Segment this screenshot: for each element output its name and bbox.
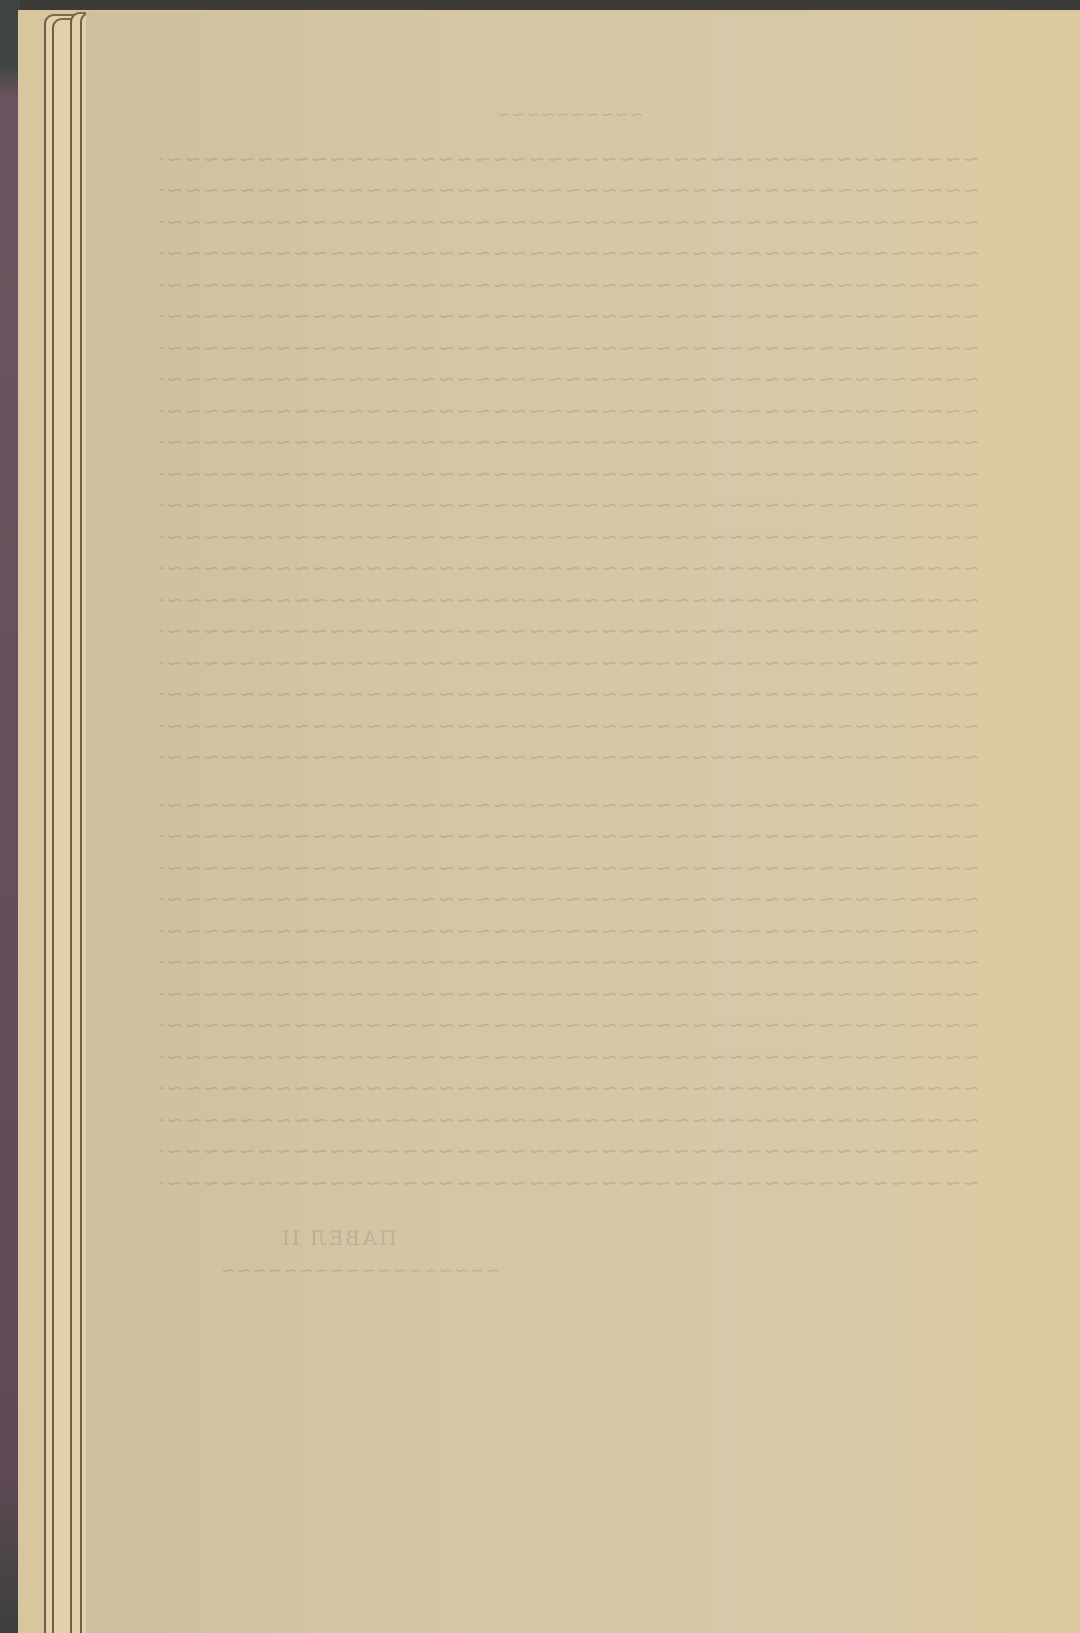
bleed-line: ~~~~~~~~~~~~~~~~~~~~~~~~~~~~~~~~~~~~~~~~…	[160, 333, 980, 365]
bleed-line: ~~~~~~~~~~~~~~~~~~~~~~~~~~~~~~~~~~~~~~~~…	[160, 459, 980, 491]
bleed-lines: ~~~~~~~~~~~~~~~~~~~~~~~~~~~~~~~~~~~~~~~~…	[160, 144, 980, 1200]
bleed-line: ~~~~~~~~~~~~~~~~~~~~~~~~~~~~~~~~~~~~~~~~…	[160, 270, 980, 302]
bleed-line: ~~~~~~~~~~~~~~~~~~~~~~~~~~~~~~~~~~~~~~~~…	[160, 979, 980, 1011]
bleed-line: ~~~~~~~~~~~~~~~~~~~~~~~~~~~~~~~~~~~~~~~~…	[160, 490, 980, 522]
bleed-line: ~~~~~~~~~~~~~~~~~~~~~~~~~~~~~~~~~~~~~~~~…	[160, 821, 980, 853]
bleed-line: ~~~~~~~~~~~~~~~~~~~~~~~~~~~~~~~~~~~~~~~~…	[160, 1042, 980, 1074]
bleed-line: ~~~~~~~~~~~~~~~~~~~~~~~~~~~~~~~~~~~~~~~~…	[160, 742, 980, 774]
bleed-line: ~~~~~~~~~~~~~~~~~~~~~~~~~~~~~~~~~~~~~~~~…	[160, 916, 980, 948]
bleed-line: ~~~~~~~~~~~~~~~~~~~~~~~~~~~~~~~~~~~~~~~~…	[160, 553, 980, 585]
bleed-signature-line: ~~~~~~~~~~~~~~~~~~	[160, 1255, 980, 1287]
bleed-line: ~~~~~~~~~~~~~~~~~~~~~~~~~~~~~~~~~~~~~~~~…	[160, 884, 980, 916]
bleed-header: ~~~~~~~~~~	[160, 100, 980, 132]
binding-edge	[0, 0, 20, 1633]
bleed-line: ~~~~~~~~~~~~~~~~~~~~~~~~~~~~~~~~~~~~~~~~…	[160, 1010, 980, 1042]
bleed-line: ~~~~~~~~~~~~~~~~~~~~~~~~~~~~~~~~~~~~~~~~…	[160, 207, 980, 239]
bleed-line: ~~~~~~~~~~~~~~~~~~~~~~~~~~~~~~~~~~~~~~~~…	[160, 396, 980, 428]
bleed-line: ~~~~~~~~~~~~~~~~~~~~~~~~~~~~~~~~~~~~~~~~…	[160, 1073, 980, 1105]
bleed-line: ~~~~~~~~~~~~~~~~~~~~~~~~~~~~~~~~~~~~~~~~…	[160, 585, 980, 617]
bleed-line: ~~~~~~~~~~~~~~~~~~~~~~~~~~~~~~~~~~~~~~~~…	[160, 427, 980, 459]
bleed-line: ~~~~~~~~~~~~~~~~~~~~~~~~~~~~~~~~~~~~~~~~…	[160, 1105, 980, 1137]
bleed-line: ~~~~~~~~~~~~~~~~~~~~~~~~~~~~~~~~~~~~~~~~…	[160, 364, 980, 396]
bleed-through-text: ~~~~~~~~~~ ~~~~~~~~~~~~~~~~~~~~~~~~~~~~~…	[160, 100, 980, 1286]
bleed-line: ~~~~~~~~~~~~~~~~~~~~~~~~~~~~~~~~~~~~~~~~…	[160, 616, 980, 648]
bleed-line: ~~~~~~~~~~~~~~~~~~~~~~~~~~~~~~~~~~~~~~~~…	[160, 711, 980, 743]
bleed-line: ~~~~~~~~~~~~~~~~~~~~~~~~~~~~~~~~~~~~~~~~…	[160, 175, 980, 207]
bleed-signature: ПАВЕЛ II	[160, 1223, 980, 1255]
bleed-line: ~~~~~~~~~~~~~~~~~~~~~~~~~~~~~~~~~~~~~~~~…	[160, 790, 980, 822]
bleed-line: ~~~~~~~~~~~~~~~~~~~~~~~~~~~~~~~~~~~~~~~~…	[160, 648, 980, 680]
bleed-line: ~~~~~~~~~~~~~~~~~~~~~~~~~~~~~~~~~~~~~~~~…	[160, 144, 980, 176]
bleed-line: ~~~~~~~~~~~~~~~~~~~~~~~~~~~~~~~~~~~~~~~~…	[160, 301, 980, 333]
bleed-line: ~~~~~~~~~~~~~~~~~~~~~~~~~~~~~~~~~~~~~~~~…	[160, 238, 980, 270]
bleed-line: ~~~~~~~~~~~~~~~~~~~~~~~~~~~~~~~~~~~~~~~~…	[160, 522, 980, 554]
bleed-line: ~~~~~~~~~~~~~~~~~~~~~~~~~~~~~~~~~~~~~~~~…	[160, 1168, 980, 1200]
bleed-line: ~~~~~~~~~~~~~~~~~~~~~~~~~~~~~~~~~~~~~~~~…	[160, 679, 980, 711]
bleed-line: ~~~~~~~~~~~~~~~~~~~~~~~~~~~~~~~~~~~~~~~~…	[160, 853, 980, 885]
bleed-line: ~~~~~~~~~~~~~~~~~~~~~~~~~~~~~~~~~~~~~~~~…	[160, 1136, 980, 1168]
bleed-line: ~~~~~~~~~~~~~~~~~~~~~~~~~~~~~~~~~~~~~~~~…	[160, 947, 980, 979]
